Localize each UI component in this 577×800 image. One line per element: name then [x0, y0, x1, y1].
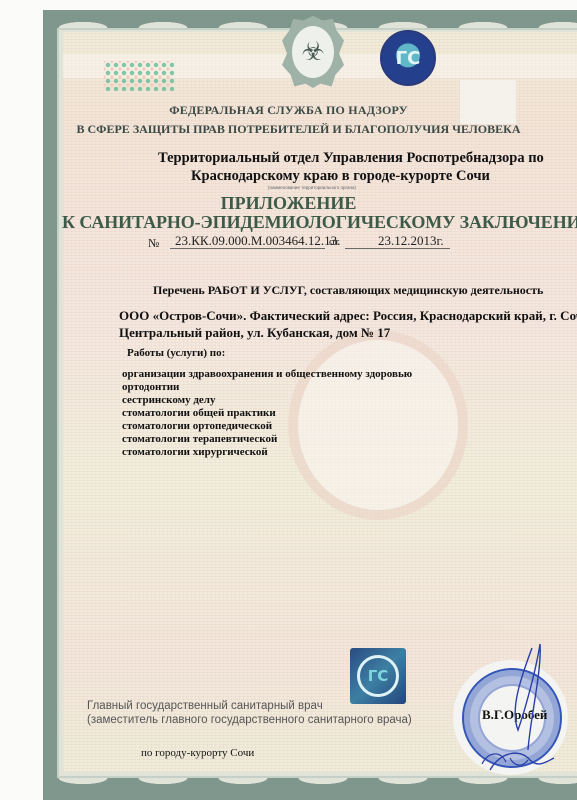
date-label: от — [329, 236, 339, 248]
city-line: по городу-курорту Сочи — [141, 747, 254, 759]
double-headed-eagle-icon: ☣ — [292, 26, 334, 78]
number-underline — [170, 248, 325, 249]
service-item: стоматологии хирургической — [122, 446, 268, 458]
service-item: стоматологии общей практики — [122, 407, 276, 419]
position-line-2: (заместитель главного государственного с… — [87, 714, 412, 726]
organization-line-2: Центральный район, ул. Кубанская, дом № … — [119, 325, 390, 341]
organization-line-1: ООО «Остров-Сочи». Фактический адрес: Ро… — [119, 308, 577, 324]
service-item: организации здравоохранения и общественн… — [122, 368, 412, 380]
service-item: ортодонтии — [122, 381, 179, 393]
territorial-caption: (наименование территориального органа) — [268, 185, 356, 190]
security-dot-pattern — [104, 61, 174, 91]
document-date: 23.12.2013г. — [378, 233, 444, 249]
signature-icon — [470, 640, 560, 790]
service-item: стоматологии ортопедической — [122, 420, 272, 432]
list-title: Перечень РАБОТ И УСЛУГ, составляющих мед… — [153, 283, 543, 298]
number-label: № — [148, 236, 159, 251]
date-underline — [345, 248, 450, 249]
service-item: сестринскому делу — [122, 394, 215, 406]
document-subtitle: К САНИТАРНО-ЭПИДЕМИОЛОГИЧЕСКОМУ ЗАКЛЮЧЕН… — [62, 212, 577, 233]
territorial-line-2: Краснодарскому краю в городе-курорте Соч… — [191, 168, 490, 185]
gse-hologram-sticker-icon: ГС — [350, 648, 406, 704]
agency-line-1: ФЕДЕРАЛЬНАЯ СЛУЖБА ПО НАДЗОРУ — [0, 103, 577, 118]
works-label: Работы (услуги) по: — [127, 347, 225, 359]
eagle-watermark — [288, 330, 468, 520]
agency-line-2: В СФЕРЕ ЗАЩИТЫ ПРАВ ПОТРЕБИТЕЛЕЙ И БЛАГО… — [20, 122, 577, 137]
gse-hologram-icon: ГС — [380, 30, 436, 86]
territorial-line-1: Территориальный отдел Управления Роспотр… — [158, 150, 544, 167]
document-number: 23.КК.09.000.М.003464.12.13. — [175, 233, 340, 249]
service-item: стоматологии терапевтической — [122, 433, 277, 445]
document-title: ПРИЛОЖЕНИЕ — [0, 193, 577, 214]
position-line-1: Главный государственный санитарный врач — [87, 700, 323, 712]
